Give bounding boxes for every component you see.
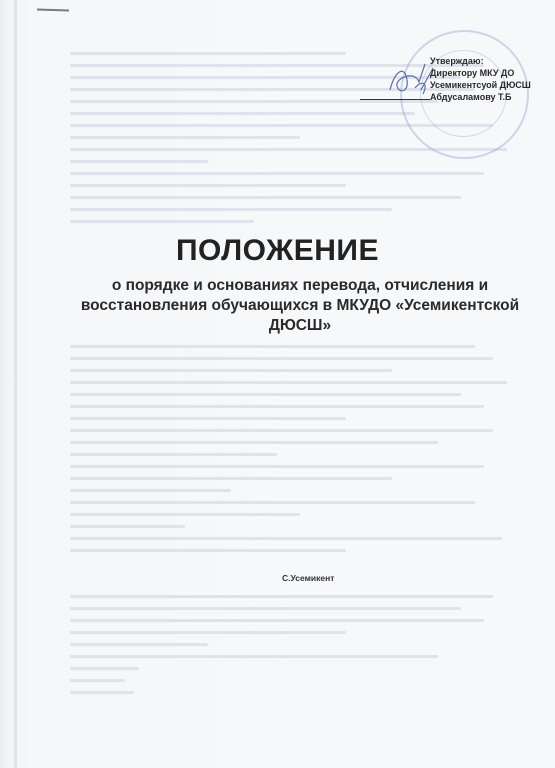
document-subtitle: о порядке и основаниях перевода, отчисле… <box>60 276 540 336</box>
approval-label: Утверждаю: <box>430 55 531 67</box>
approval-organization: Усемикентсуой ДЮСШ <box>430 79 531 91</box>
approval-position: Директору МКУ ДО <box>430 67 531 79</box>
approval-name: Абдусаламову Т.Б <box>430 91 531 103</box>
scanned-page: Утверждаю: Директору МКУ ДО Усемикентсуо… <box>0 0 555 768</box>
bleed-through-middle <box>70 345 530 561</box>
corner-mark <box>37 8 69 11</box>
approval-name-text: Абдусаламову Т.Б <box>430 92 511 102</box>
document-title: ПОЛОЖЕНИЕ <box>0 234 555 268</box>
signature-line <box>360 99 430 100</box>
page-edge-shadow <box>14 0 17 768</box>
document-place: С.Усемикент <box>282 573 334 583</box>
bleed-through-bottom <box>70 595 530 703</box>
approval-block: Утверждаю: Директору МКУ ДО Усемикентсуо… <box>430 55 531 103</box>
